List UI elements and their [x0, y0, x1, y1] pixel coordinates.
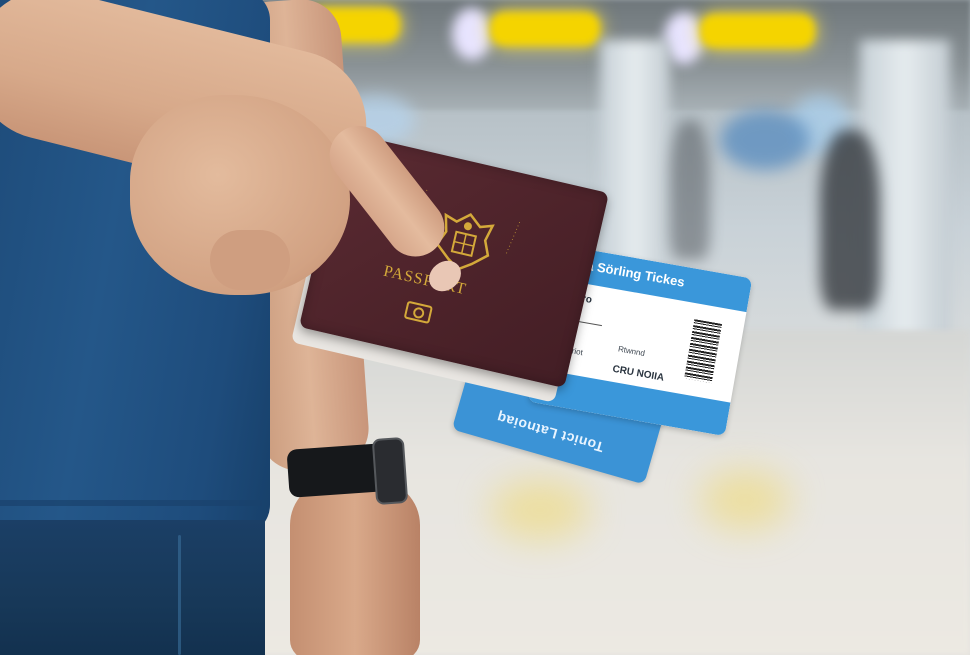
barcode-icon: [684, 319, 722, 383]
tshirt-hem: [0, 500, 262, 506]
ceiling-light-1: [452, 8, 492, 60]
airport-scene: Tonict Latnoiaq nasa Sörling Tickes Pluo…: [0, 0, 970, 655]
yellow-sign-2: [490, 12, 600, 46]
ticket-field: Rtwnnd: [617, 344, 645, 358]
passport-caption-text: ··········: [502, 219, 525, 256]
background-traveler: [820, 130, 880, 310]
background-traveler: [670, 120, 710, 260]
ceiling-light-2: [664, 12, 704, 64]
floor-reflection: [490, 480, 590, 540]
wristwatch-icon: [372, 437, 409, 505]
jeans-seam: [178, 535, 181, 655]
ticket-field: CRU NOIIA: [612, 364, 665, 384]
biometric-chip-icon: [404, 301, 433, 324]
knuckles: [210, 230, 290, 290]
bokeh-light: [720, 110, 810, 170]
floor-reflection: [700, 470, 790, 530]
jeans: [0, 520, 265, 655]
yellow-sign-3: [700, 14, 815, 48]
lower-hand: [290, 480, 420, 655]
